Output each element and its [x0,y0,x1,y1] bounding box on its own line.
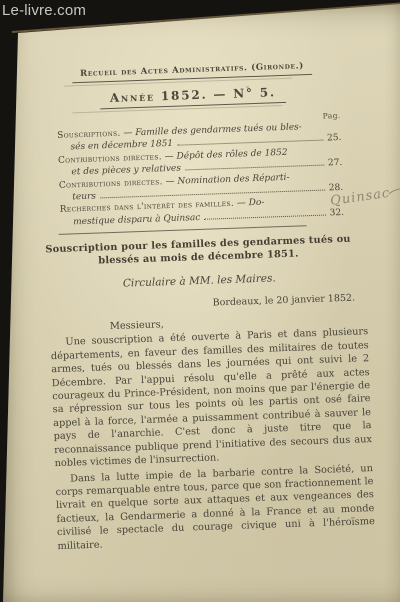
article-heading: Souscription pour les familles des genda… [37,234,360,270]
printed-content: Recueil des Actes Administratifs. (Giron… [24,34,376,553]
article-subheading: Circulaire à MM. les Maires. [32,270,366,294]
toc-entry-lead: Contributions directes. [59,177,163,191]
toc-page-number: 27. [328,157,343,170]
bookseller-watermark: Le-livre.com [2,2,86,19]
toc-entry-lead: Souscriptions. [57,129,121,141]
photo-stage: Le-livre.com Recueil des Actes Administr… [0,0,400,602]
dot-leader [204,214,325,219]
dot-leader [185,165,324,171]
toc-page-number: 25. [327,132,342,145]
masthead: Recueil des Actes Administratifs. (Giron… [25,51,361,115]
toc-entry-desc-cont: teurs [72,191,96,204]
body-paragraph: Dans la lutte impie de la barbarie contr… [55,462,376,553]
dateline: Bordeaux, le 20 janvier 1852. [33,293,355,315]
body-paragraph: Une souscription a été ouverte à Paris e… [50,326,372,471]
table-of-contents: Pag. Souscriptions. — Famille des gendar… [57,111,345,229]
handwriting-flourish-icon [387,183,400,197]
toc-entry-desc: — Do- [237,198,265,209]
